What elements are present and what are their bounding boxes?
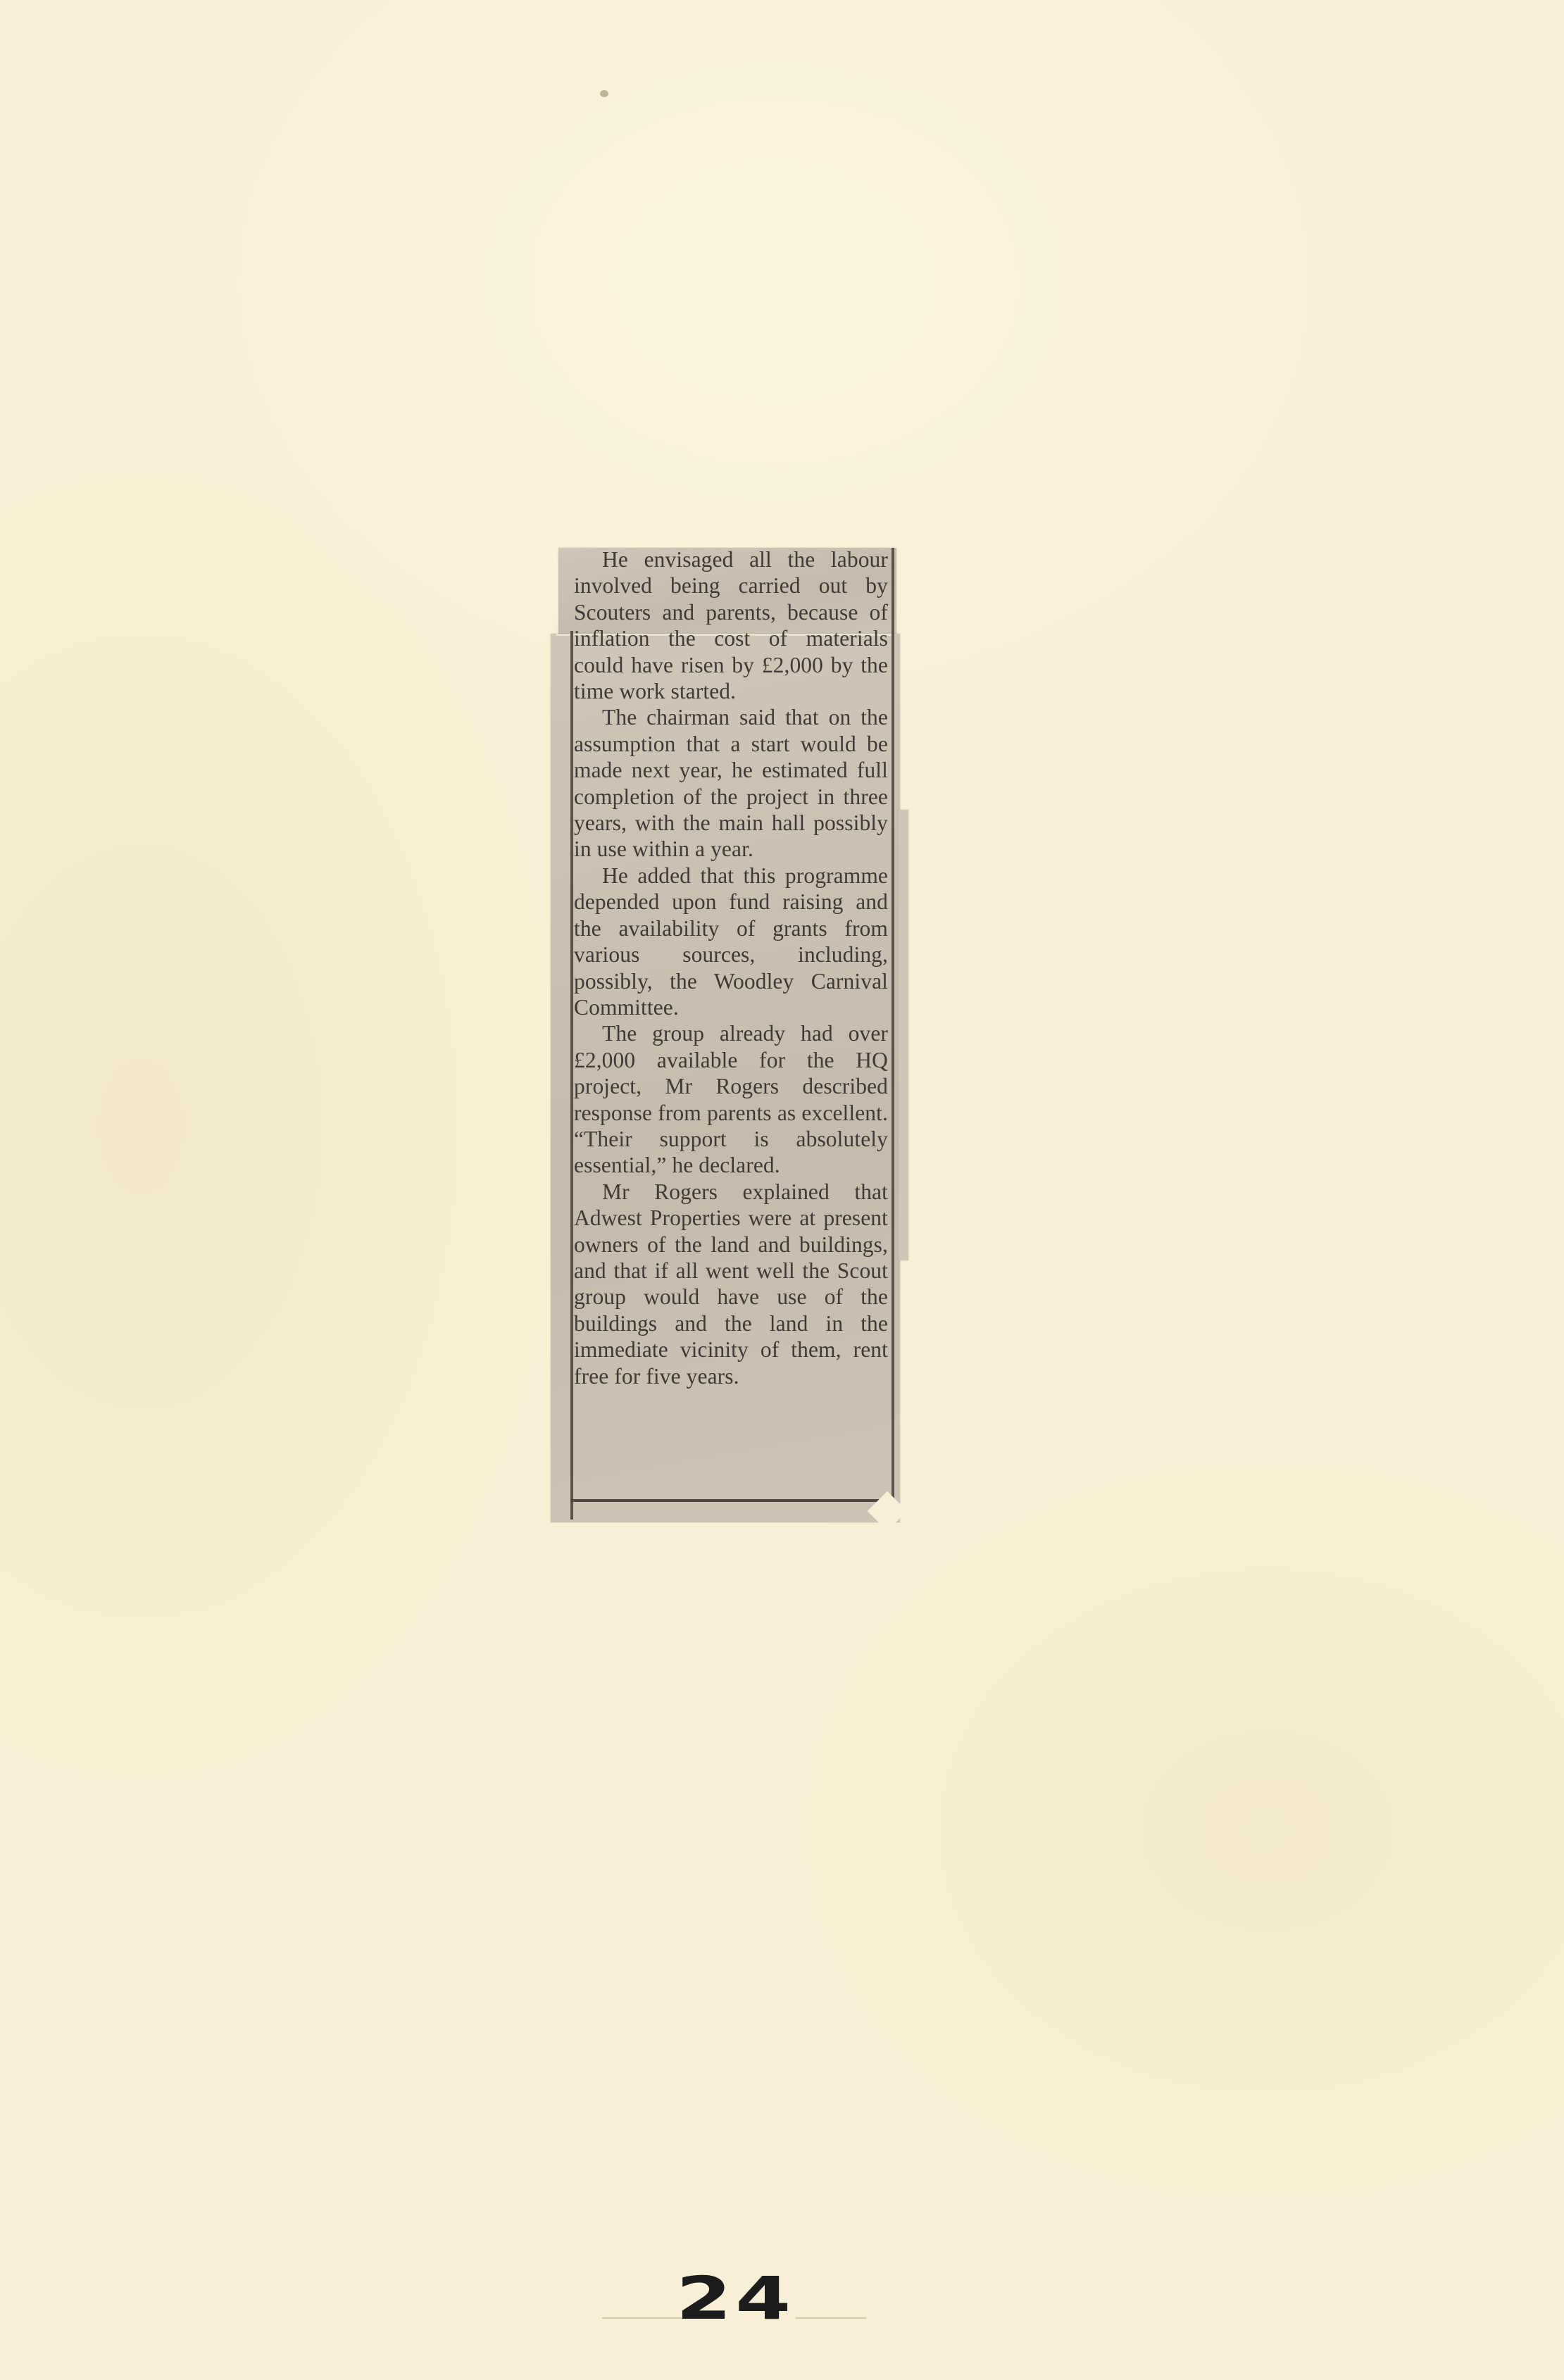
article-paragraph: The group already had over £2,000 availa… (574, 1020, 888, 1178)
page-number-rule-right (796, 2317, 866, 2319)
article-paragraph: He envisaged all the labour involved bei… (574, 546, 888, 704)
column-rule-bottom (570, 1499, 894, 1502)
column-rule-right (892, 548, 894, 1505)
clipping-right-edge (899, 810, 908, 1260)
article-text: He envisaged all the labour involved bei… (574, 546, 888, 1389)
column-rule-left (570, 631, 573, 1520)
article-paragraph: The chairman said that on the assumption… (574, 704, 888, 862)
page-number-rule-left (602, 2317, 687, 2319)
article-paragraph: He added that this programme depended up… (574, 863, 888, 1020)
page-number: 24 (676, 2269, 866, 2328)
paper-speck (600, 90, 608, 97)
article-paragraph: Mr Rogers explained that Adwest Properti… (574, 1179, 888, 1389)
